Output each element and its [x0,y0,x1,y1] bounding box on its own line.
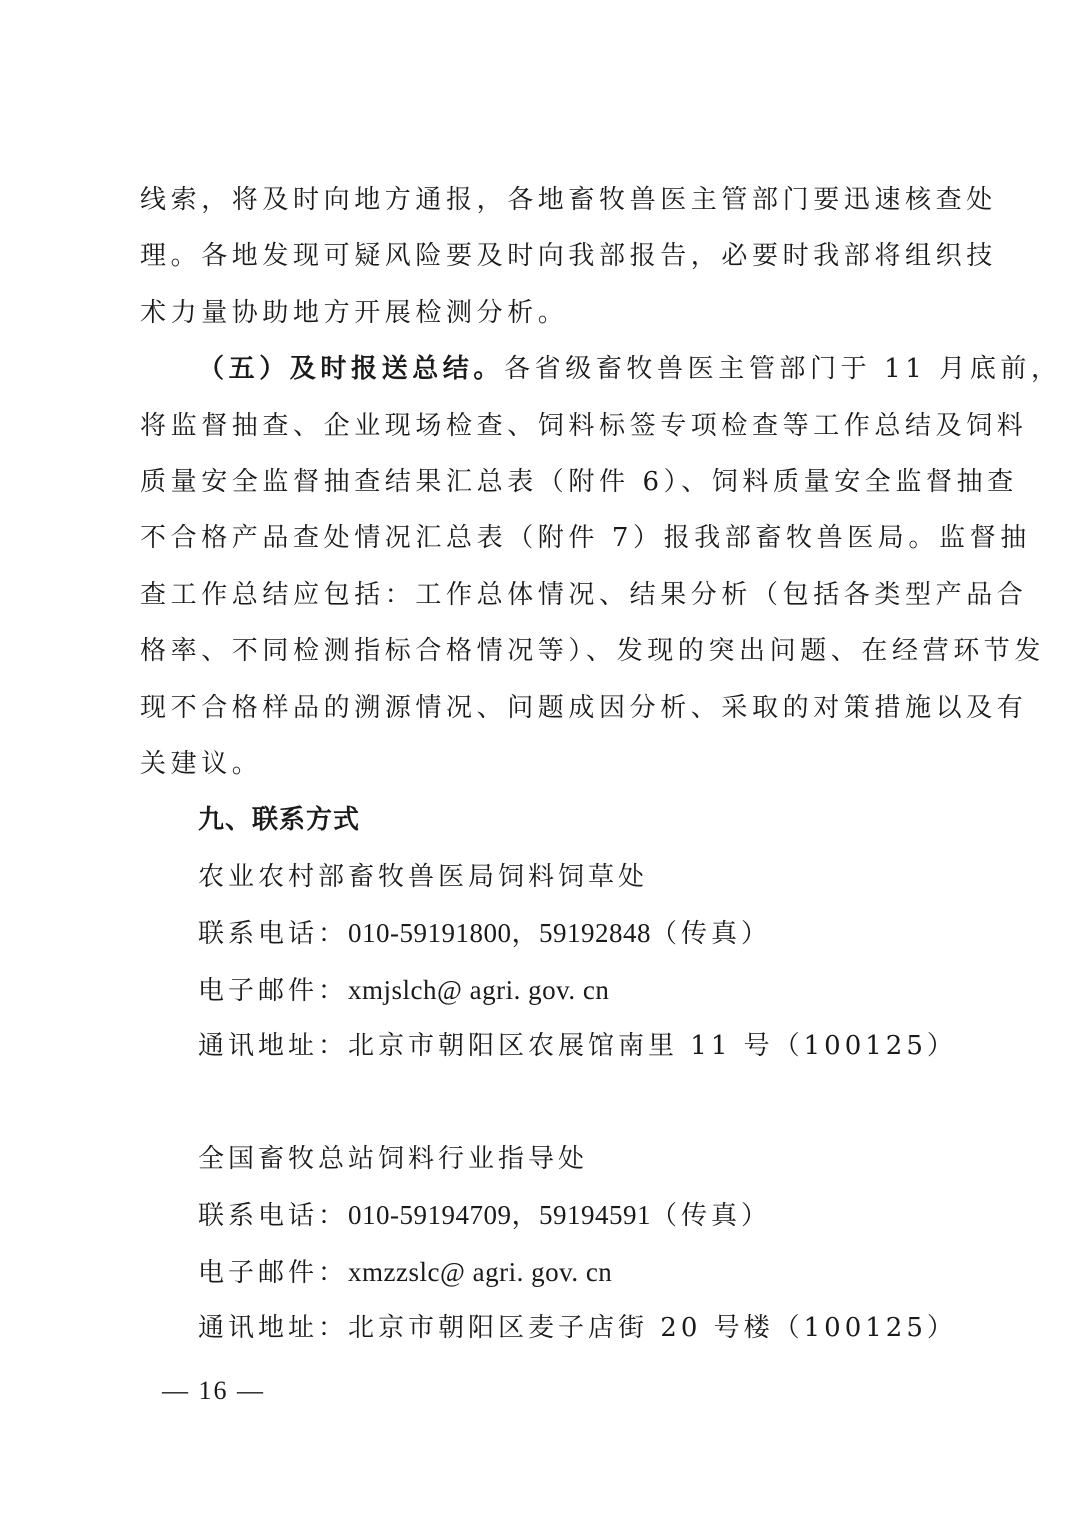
contact-2-phone-label: 联系电话： [198,1201,348,1231]
contact-2-phone-value: 010-59194709，59194591 [348,1200,651,1230]
contact-1-email-label: 电子邮件： [198,976,348,1006]
page-number: — 16 — [162,1375,265,1407]
contact-2-org: 全国畜牧总站饲料行业指导处 [198,1143,588,1175]
contact-1-org: 农业农村部畜牧兽医局饲料饲草处 [198,861,648,893]
contact-1-email-value[interactable]: xmjslch@ agri. gov. cn [348,975,609,1005]
contact-1-address-value: 北京市朝阳区农展馆南里 11 号（100125） [348,1031,957,1061]
contact-2-address: 通讯地址：北京市朝阳区麦子店街 20 号楼（100125） [198,1312,957,1344]
contact-1-phone-label: 联系电话： [198,919,348,949]
contact-2-email-value[interactable]: xmzzslc@ agri. gov. cn [348,1257,612,1287]
contact-2-email: 电子邮件：xmzzslc@ agri. gov. cn [198,1256,612,1288]
paragraph-1-line-2: 理。各地发现可疑风险要及时向我部报告，必要时我部将组织技 [140,240,940,272]
contact-2-address-value: 北京市朝阳区麦子店街 20 号楼（100125） [348,1313,957,1343]
contact-2-phone: 联系电话：010-59194709，59194591（传真） [198,1199,771,1231]
paragraph-1-line-3: 术力量协助地方开展检测分析。 [140,297,568,329]
section-heading-contacts: 九、联系方式 [198,804,360,836]
paragraph-2-lead-rest: 各省级畜牧兽医主管部门于 11 月底前， [504,354,1062,384]
paragraph-2-line-8: 关建议。 [140,748,262,780]
contact-1-email: 电子邮件：xmjslch@ agri. gov. cn [198,974,609,1006]
paragraph-2-line-4: 不合格产品查处情况汇总表（附件 7）报我部畜牧兽医局。监督抽 [140,522,940,554]
paragraph-1-line-1: 线索，将及时向地方通报，各地畜牧兽医主管部门要迅速核查处 [140,184,940,216]
paragraph-2-line-5: 查工作总结应包括：工作总体情况、结果分析（包括各类型产品合 [140,579,940,611]
document-page: 线索，将及时向地方通报，各地畜牧兽医主管部门要迅速核查处 理。各地发现可疑风险要… [0,0,1080,1527]
contact-1-phone: 联系电话：010-59191800，59192848（传真） [198,917,771,949]
paragraph-2-line-7: 现不合格样品的溯源情况、问题成因分析、采取的对策措施以及有 [140,692,940,724]
contact-2-address-label: 通讯地址： [198,1313,348,1343]
contact-1-phone-value: 010-59191800，59192848 [348,918,651,948]
contact-1-address-label: 通讯地址： [198,1031,348,1061]
contact-1-phone-suffix: （传真） [651,919,771,949]
paragraph-2-line-2: 将监督抽查、企业现场检查、饲料标签专项检查等工作总结及饲料 [140,410,940,442]
paragraph-2-line-6: 格率、不同检测指标合格情况等）、发现的突出问题、在经营环节发 [140,635,940,667]
paragraph-2-bold-lead: （五）及时报送总结。 [198,354,504,384]
paragraph-2-line-1: （五）及时报送总结。各省级畜牧兽医主管部门于 11 月底前， [198,353,940,385]
contact-2-email-label: 电子邮件： [198,1258,348,1288]
contact-2-phone-suffix: （传真） [651,1201,771,1231]
paragraph-2-line-3: 质量安全监督抽查结果汇总表（附件 6）、饲料质量安全监督抽查 [140,466,940,498]
contact-1-address: 通讯地址：北京市朝阳区农展馆南里 11 号（100125） [198,1030,957,1062]
